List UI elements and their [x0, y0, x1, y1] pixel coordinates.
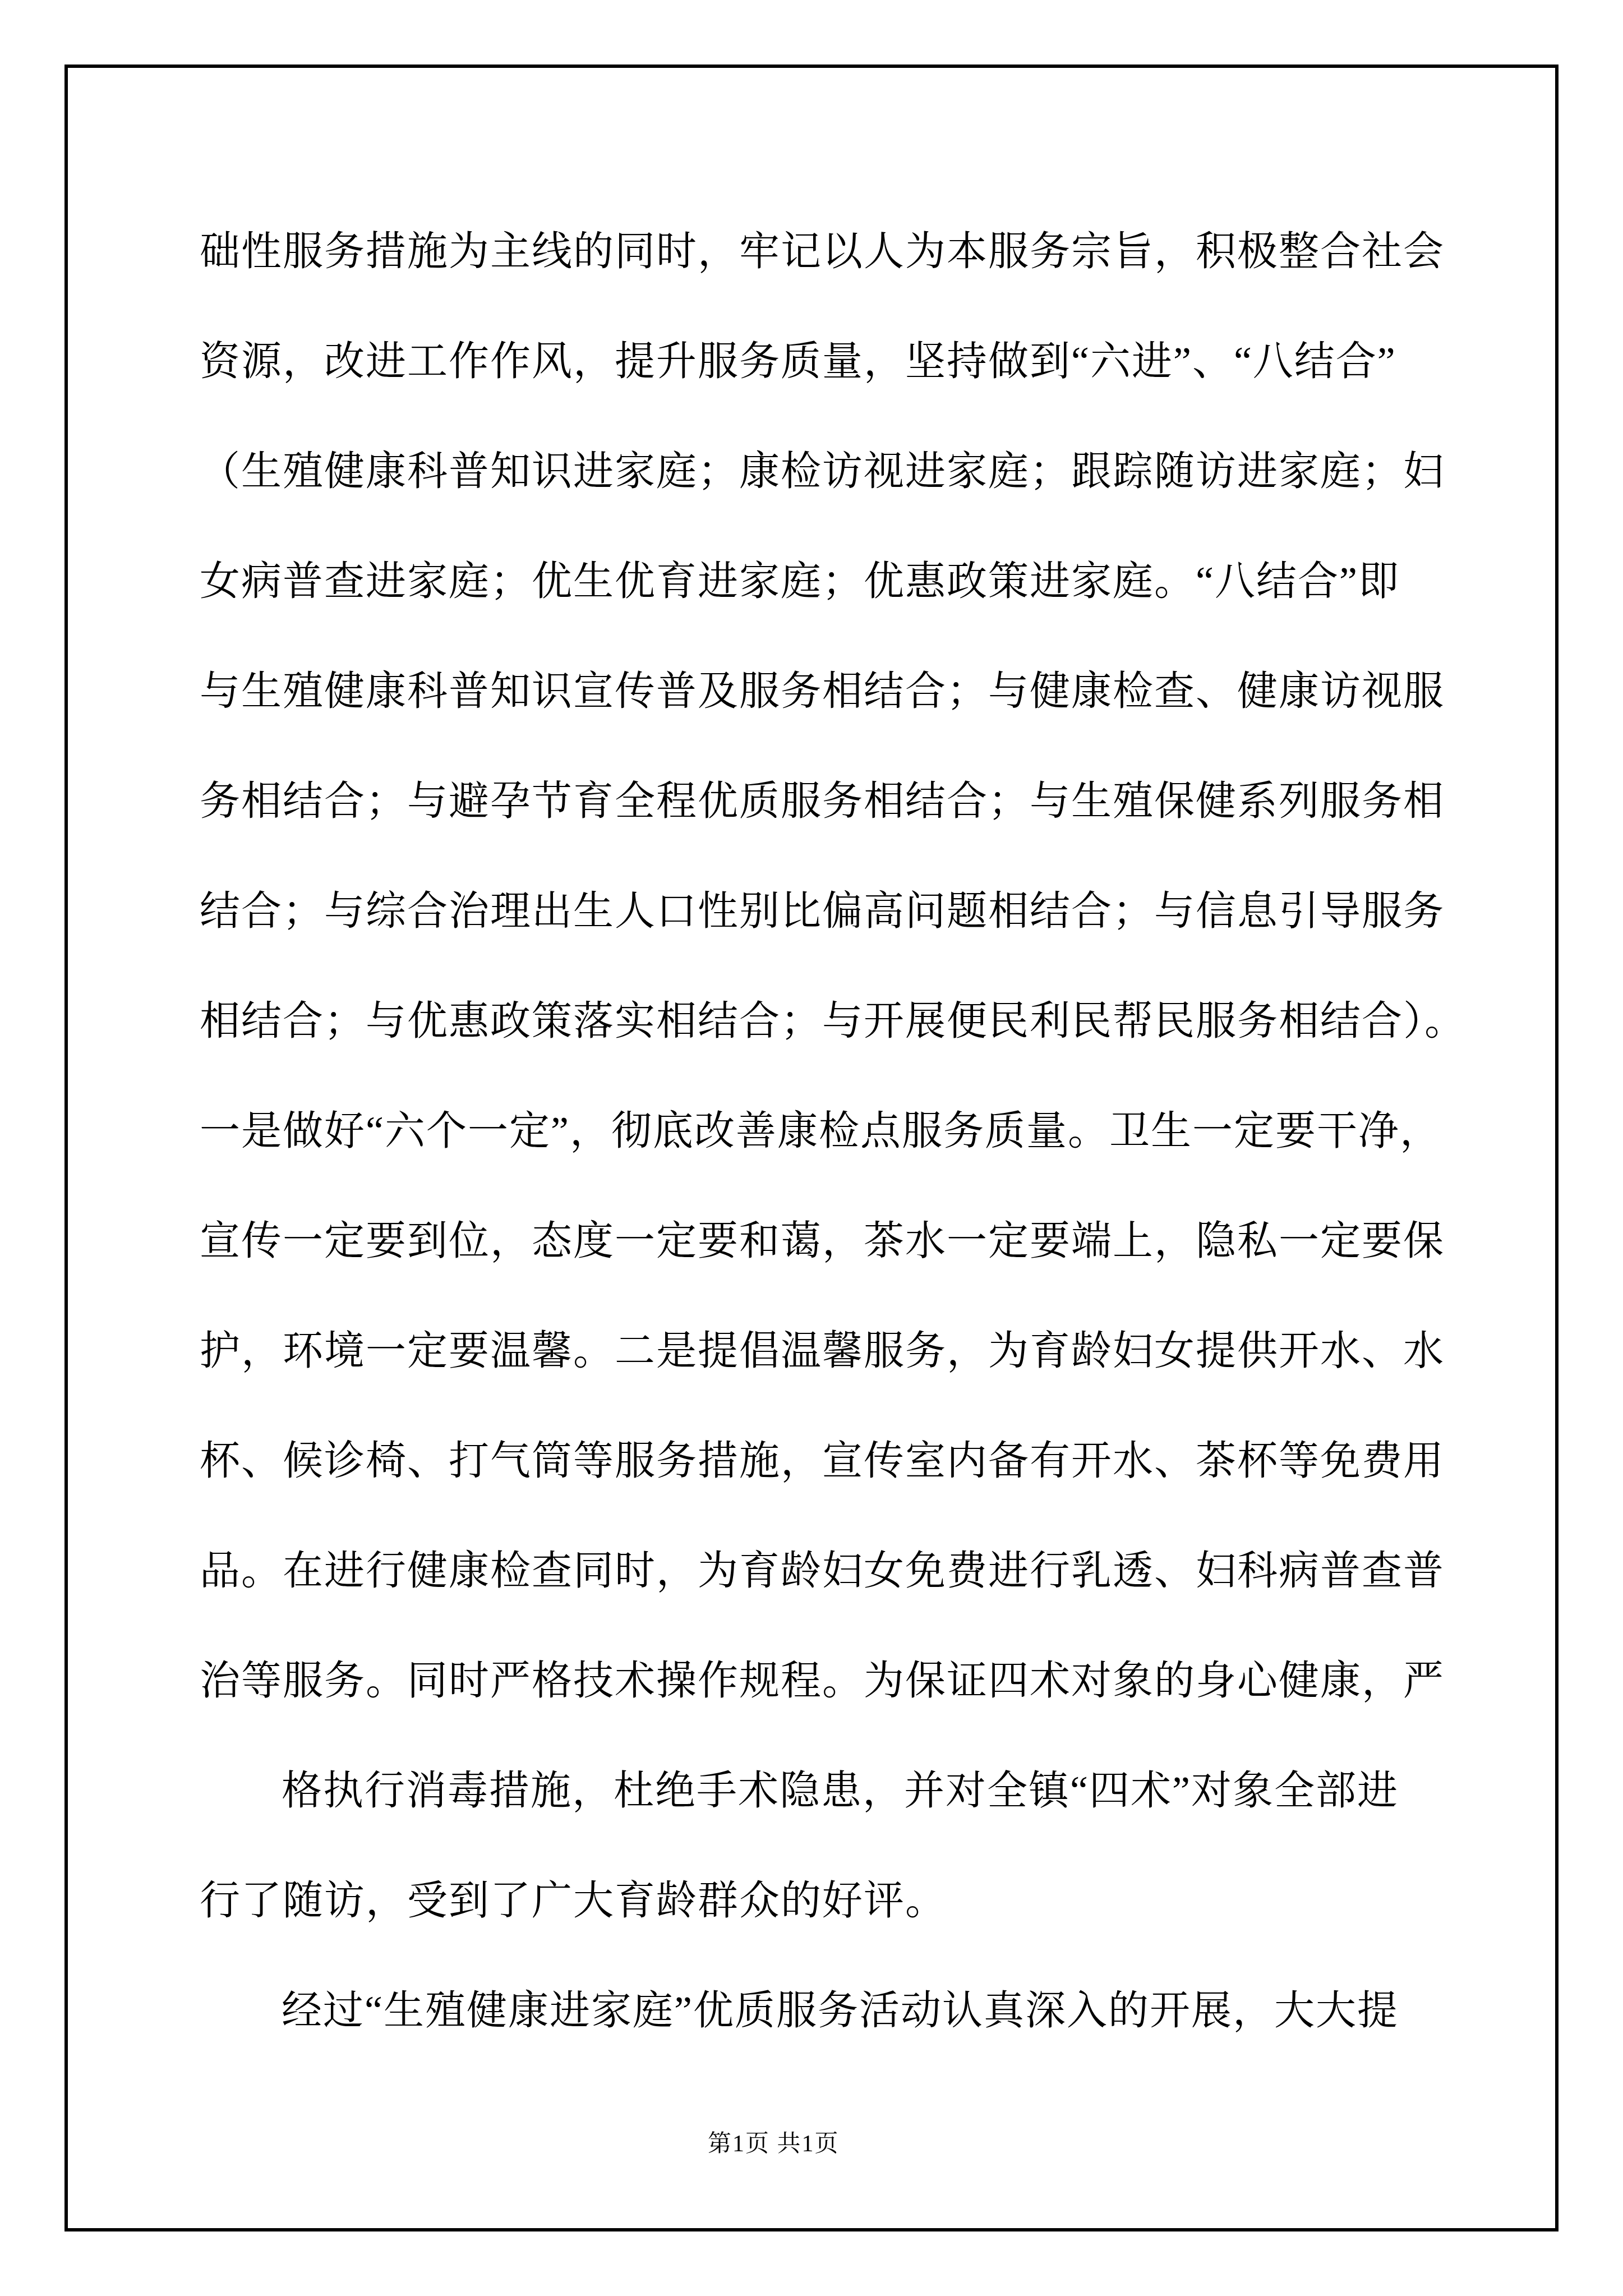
text-line-7: 结合；与综合治理出生人口性别比偏高问题相结合；与信息引导服务 — [200, 891, 1445, 931]
text-line-16: 行了随访，受到了广大育龄群众的好评。 — [200, 1880, 947, 1921]
text-line-2: 资源，改进工作作风，提升服务质量，坚持做到“六进”、“八结合” — [200, 341, 1396, 381]
text-line-5: 与生殖健康科普知识宣传普及服务相结合；与健康检查、健康访视服 — [200, 671, 1445, 711]
text-line-15: 格执行消毒措施，杜绝手术隐患，并对全镇“四术”对象全部进 — [282, 1770, 1399, 1811]
text-line-1: 础性服务措施为主线的同时，牢记以人为本服务宗旨，积极整合社会 — [200, 231, 1445, 272]
text-line-8: 相结合；与优惠政策落实相结合；与开展便民利民帮民服务相结合）。 — [200, 1001, 1466, 1041]
text-line-11: 护，环境一定要温馨。二是提倡温馨服务，为育龄妇女提供开水、水 — [200, 1331, 1445, 1371]
page-number-footer: 第1页 共1页 — [708, 2132, 840, 2156]
document-page: 础性服务措施为主线的同时，牢记以人为本服务宗旨，积极整合社会 资源，改进工作作风… — [0, 0, 1623, 2296]
text-line-10: 宣传一定要到位，态度一定要和蔼，茶水一定要端上，隐私一定要保 — [200, 1221, 1445, 1261]
text-line-13: 品。在进行健康检查同时，为育龄妇女免费进行乳透、妇科病普查普 — [200, 1550, 1445, 1591]
text-line-9: 一是做好“六个一定”，彻底改善康检点服务质量。卫生一定要干净， — [200, 1111, 1441, 1151]
text-line-4: 女病普查进家庭；优生优育进家庭；优惠政策进家庭。“八结合”即 — [200, 561, 1400, 601]
text-line-14: 治等服务。同时严格技术操作规程。为保证四术对象的身心健康，严 — [200, 1660, 1445, 1701]
text-line-6: 务相结合；与避孕节育全程优质服务相结合；与生殖保健系列服务相 — [200, 781, 1445, 821]
text-line-17: 经过“生殖健康进家庭”优质服务活动认真深入的开展，大大提 — [282, 1990, 1399, 2031]
text-line-12: 杯、候诊椅、打气筒等服务措施，宣传室内备有开水、茶杯等免费用 — [200, 1441, 1445, 1481]
text-line-3: （生殖健康科普知识进家庭；康检访视进家庭；跟踪随访进家庭；妇 — [200, 451, 1445, 491]
